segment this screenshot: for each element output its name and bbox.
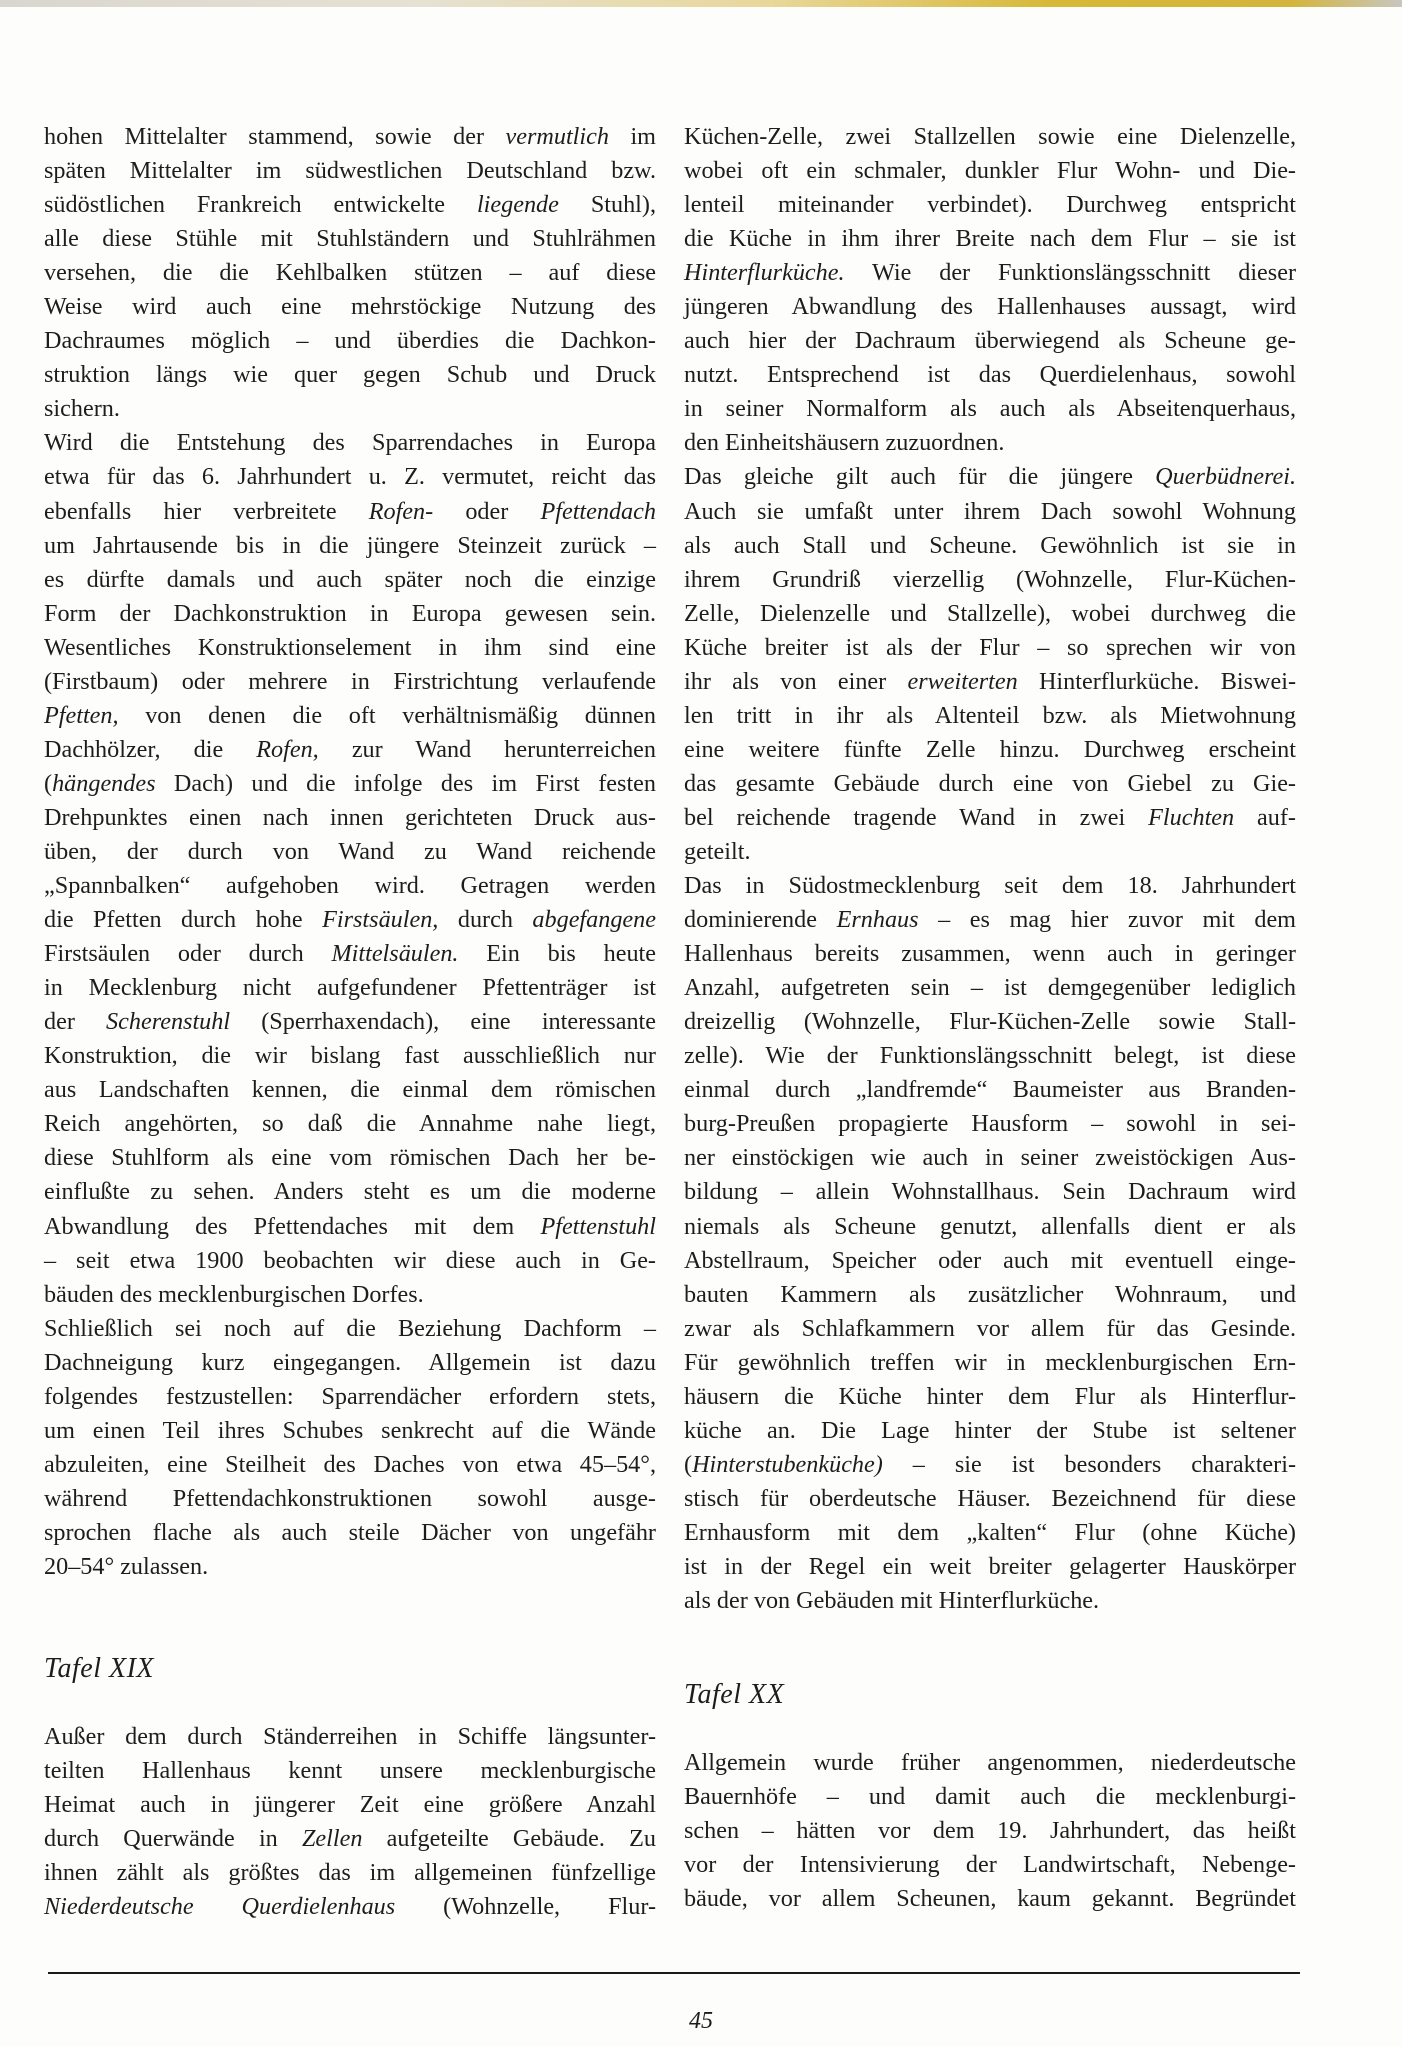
text-line: Pfetten, von denen die oft verhältnismäß… (44, 699, 656, 733)
text-line: – seit etwa 1900 beobachten wir diese au… (44, 1244, 656, 1278)
text-line: Wird die Entstehung des Sparrendaches in… (44, 426, 656, 460)
text-line: dreizellig (Wohnzelle, Flur-Küchen-Zelle… (684, 1005, 1296, 1039)
text-line: teilten Hallenhaus kennt unsere mecklenb… (44, 1754, 656, 1788)
text-line: Abstellraum, Speicher oder auch mit even… (684, 1244, 1296, 1278)
text-line: Dachneigung kurz eingegangen. Allgemein … (44, 1346, 656, 1380)
text-line: abzuleiten, eine Steilheit des Daches vo… (44, 1448, 656, 1482)
text-line: 20–54° zulassen. (44, 1550, 656, 1584)
text-line: häusern die Küche hinter dem Flur als Hi… (684, 1380, 1296, 1414)
text-line: nutzt. Entsprechend ist das Querdielenha… (684, 358, 1296, 392)
text-line: durch Querwände in Zellen aufgeteilte Ge… (44, 1822, 656, 1856)
text-line: Für gewöhnlich treffen wir in mecklenbur… (684, 1346, 1296, 1380)
text-line: „Spannbalken“ aufgehoben wird. Getragen … (44, 869, 656, 903)
text-line: folgendes festzustellen: Sparrendächer e… (44, 1380, 656, 1414)
footer-rule (48, 1972, 1300, 1974)
text-line: Das in Südostmecklenburg seit dem 18. Ja… (684, 869, 1296, 903)
text-line: bildung – allein Wohnstallhaus. Sein Dac… (684, 1175, 1296, 1209)
section-heading-tafel-xx: Tafel XX (684, 1678, 1296, 1712)
paragraph: Küchen-Zelle, zwei Stallzellen sowie ein… (684, 120, 1296, 460)
text-line: Wesentliches Konstruktionselement in ihm… (44, 631, 656, 665)
paragraph: Allgemein wurde früher angenommen, niede… (684, 1746, 1296, 1916)
text-line: ihrem Grundriß vierzellig (Wohnzelle, Fl… (684, 563, 1296, 597)
text-line: dominierende Ernhaus – es mag hier zuvor… (684, 903, 1296, 937)
text-line: lenteil miteinander verbindet). Durchweg… (684, 188, 1296, 222)
text-line: zelle). Wie der Funktionslängsschnitt be… (684, 1039, 1296, 1073)
text-line: struktion längs wie quer gegen Schub und… (44, 358, 656, 392)
text-line: Reich angehörten, so daß die Annahme nah… (44, 1107, 656, 1141)
text-line: Weise wird auch eine mehrstöckige Nutzun… (44, 290, 656, 324)
text-line: versehen, die die Kehlbalken stützen – a… (44, 256, 656, 290)
text-line: der Scherenstuhl (Sperrhaxendach), eine … (44, 1005, 656, 1039)
text-line: späten Mittelalter im südwestlichen Deut… (44, 154, 656, 188)
paragraph: hohen Mittelalter stammend, sowie der ve… (44, 120, 656, 426)
text-line: üben, der durch von Wand zu Wand reichen… (44, 835, 656, 869)
page-top-edge (0, 0, 1402, 7)
text-line: alle diese Stühle mit Stuhlständern und … (44, 222, 656, 256)
text-line: Außer dem durch Ständerreihen in Schiffe… (44, 1720, 656, 1754)
text-line: niemals als Scheune genutzt, allenfalls … (684, 1210, 1296, 1244)
text-line: Anzahl, aufgetreten sein – ist demgegenü… (684, 971, 1296, 1005)
text-line: Konstruktion, die wir bislang fast aussc… (44, 1039, 656, 1073)
text-line: eine weitere fünfte Zelle hinzu. Durchwe… (684, 733, 1296, 767)
text-line: die Küche in ihm ihrer Breite nach dem F… (684, 222, 1296, 256)
text-line: südöstlichen Frankreich entwickelte lieg… (44, 188, 656, 222)
text-line: burg-Preußen propagierte Hausform – sowo… (684, 1107, 1296, 1141)
text-line: Ernhausform mit dem „kalten“ Flur (ohne … (684, 1516, 1296, 1550)
text-line: zwar als Schlafkammern vor allem für das… (684, 1312, 1296, 1346)
text-line: es dürfte damals und auch später noch di… (44, 563, 656, 597)
text-line: bäude, vor allem Scheunen, kaum gekannt.… (684, 1882, 1296, 1916)
text-line: ner einstöckigen wie auch in seiner zwei… (684, 1141, 1296, 1175)
text-line: Firstsäulen oder durch Mittelsäulen. Ein… (44, 937, 656, 971)
text-line: in seiner Normalform als auch als Abseit… (684, 392, 1296, 426)
text-line: Dachhölzer, die Rofen, zur Wand herunter… (44, 733, 656, 767)
text-line: während Pfettendachkonstruktionen sowohl… (44, 1482, 656, 1516)
text-line: auch hier der Dachraum überwiegend als S… (684, 324, 1296, 358)
text-line: bel reichende tragende Wand in zwei Fluc… (684, 801, 1296, 835)
text-line: ihr als von einer erweiterten Hinterflur… (684, 665, 1296, 699)
text-line: etwa für das 6. Jahrhundert u. Z. vermut… (44, 460, 656, 494)
paragraph: Das in Südostmecklenburg seit dem 18. Ja… (684, 869, 1296, 1618)
text-line: Zelle, Dielenzelle und Stallzelle), wobe… (684, 597, 1296, 631)
text-line: Küchen-Zelle, zwei Stallzellen sowie ein… (684, 120, 1296, 154)
text-line: einmal durch „landfremde“ Baumeister aus… (684, 1073, 1296, 1107)
text-line: schen – hätten vor dem 19. Jahrhundert, … (684, 1814, 1296, 1848)
text-line: küche an. Die Lage hinter der Stube ist … (684, 1414, 1296, 1448)
page-number: 45 (0, 2008, 1402, 2035)
text-line: Form der Dachkonstruktion in Europa gewe… (44, 597, 656, 631)
text-line: Drehpunktes einen nach innen gerichteten… (44, 801, 656, 835)
text-line: einflußte zu sehen. Anders steht es um d… (44, 1175, 656, 1209)
text-line: vor der Intensivierung der Landwirtschaf… (684, 1848, 1296, 1882)
text-line: jüngeren Abwandlung des Hallenhauses aus… (684, 290, 1296, 324)
paragraph: Das gleiche gilt auch für die jüngere Qu… (684, 460, 1296, 869)
text-line: Küche breiter ist als der Flur – so spre… (684, 631, 1296, 665)
text-line: Dachraumes möglich – und überdies die Da… (44, 324, 656, 358)
text-line: Bauernhöfe – und damit auch die mecklenb… (684, 1780, 1296, 1814)
text-line: ebenfalls hier verbreitete Rofen- oder P… (44, 495, 656, 529)
text-line: Hinterflurküche. Wie der Funktionslängss… (684, 256, 1296, 290)
text-line: Abwandlung des Pfettendaches mit dem Pfe… (44, 1210, 656, 1244)
text-line: (hängendes Dach) und die infolge des im … (44, 767, 656, 801)
text-line: hohen Mittelalter stammend, sowie der ve… (44, 120, 656, 154)
text-line: wobei oft ein schmaler, dunkler Flur Woh… (684, 154, 1296, 188)
text-line: Schließlich sei noch auf die Beziehung D… (44, 1312, 656, 1346)
text-line: diese Stuhlform als eine vom römischen D… (44, 1141, 656, 1175)
text-line: das gesamte Gebäude durch eine von Giebe… (684, 767, 1296, 801)
text-line: sprochen flache als auch steile Dächer v… (44, 1516, 656, 1550)
text-line: bäuden des mecklenburgischen Dorfes. (44, 1278, 656, 1312)
text-line: sichern. (44, 392, 656, 426)
text-line: die Pfetten durch hohe Firstsäulen, durc… (44, 903, 656, 937)
text-line: (Hinterstubenküche) – sie ist besonders … (684, 1448, 1296, 1482)
text-line: aus Landschaften kennen, die einmal dem … (44, 1073, 656, 1107)
text-line: den Einheitshäusern zuzuordnen. (684, 426, 1296, 460)
text-line: bauten Kammern als zusätzlicher Wohnraum… (684, 1278, 1296, 1312)
text-line: um einen Teil ihres Schubes senkrecht au… (44, 1414, 656, 1448)
left-column: hohen Mittelalter stammend, sowie der ve… (44, 120, 656, 1924)
text-line: Das gleiche gilt auch für die jüngere Qu… (684, 460, 1296, 494)
text-line: Hallenhaus bereits zusammen, wenn auch i… (684, 937, 1296, 971)
text-line: Allgemein wurde früher angenommen, niede… (684, 1746, 1296, 1780)
text-line: ihnen zählt als größtes das im allgemein… (44, 1856, 656, 1890)
paragraph: Wird die Entstehung des Sparrendaches in… (44, 426, 656, 1311)
text-line: in Mecklenburg nicht aufgefundener Pfett… (44, 971, 656, 1005)
text-line: Heimat auch in jüngerer Zeit eine größer… (44, 1788, 656, 1822)
paragraph: Außer dem durch Ständerreihen in Schiffe… (44, 1720, 656, 1924)
text-line: als der von Gebäuden mit Hinterflurküche… (684, 1584, 1296, 1618)
text-line: Auch sie umfaßt unter ihrem Dach sowohl … (684, 495, 1296, 529)
text-line: stisch für oberdeutsche Häuser. Bezeichn… (684, 1482, 1296, 1516)
paragraph: Schließlich sei noch auf die Beziehung D… (44, 1312, 656, 1584)
text-line: um Jahrtausende bis in die jüngere Stein… (44, 529, 656, 563)
text-line: (Firstbaum) oder mehrere in Firstrichtun… (44, 665, 656, 699)
text-line: geteilt. (684, 835, 1296, 869)
text-line: Niederdeutsche Querdielenhaus (Wohnzelle… (44, 1890, 656, 1924)
text-line: len tritt in ihr als Altenteil bzw. als … (684, 699, 1296, 733)
section-heading-tafel-xix: Tafel XIX (44, 1652, 656, 1686)
right-column: Küchen-Zelle, zwei Stallzellen sowie ein… (684, 120, 1296, 1916)
text-line: als auch Stall und Scheune. Gewöhnlich i… (684, 529, 1296, 563)
text-line: ist in der Regel ein weit breiter gelage… (684, 1550, 1296, 1584)
